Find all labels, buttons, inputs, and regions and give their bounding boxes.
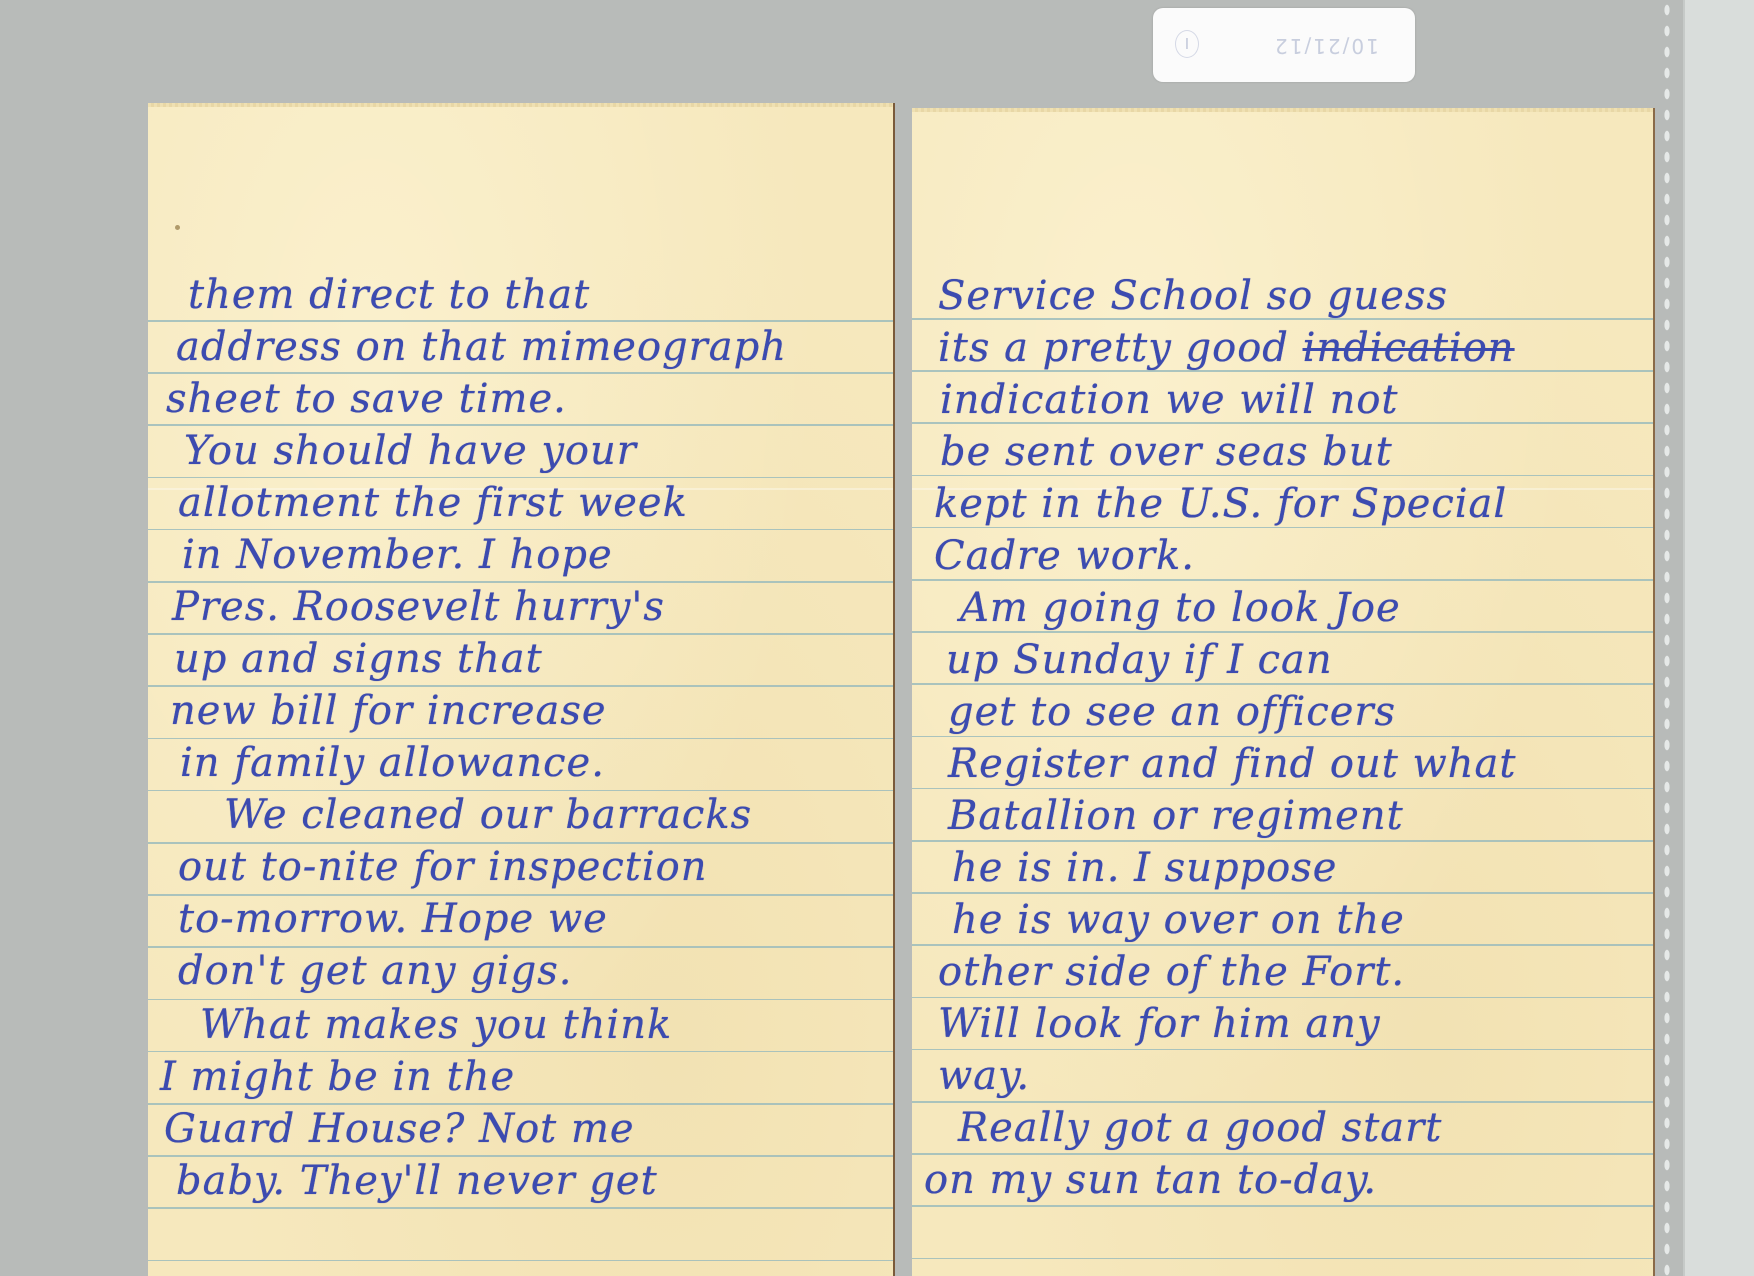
handwriting-line: Batallion or regiment [948,796,1404,836]
handwriting-line: be sent over seas but [940,432,1393,472]
handwriting-line: sheet to save time. [166,379,567,419]
handwriting-line: Guard House? Not me [164,1109,635,1149]
letter-page-left: them direct to that address on that mime… [148,103,895,1276]
handwriting-line: other side of the Fort. [938,952,1405,992]
handwriting-text: its a pretty good [938,325,1303,371]
handwriting-line: them direct to that [188,275,590,315]
handwriting-line: Register and find out what [948,744,1516,784]
handwriting-line: baby. They'll never get [176,1161,658,1201]
handwriting-line: in family allowance. [180,743,605,783]
handwriting-line: he is way over on the [952,900,1405,940]
label-code: 10/21/12 [1273,34,1379,58]
handwriting-line: new bill for increase [170,691,607,731]
handwriting-left: them direct to that address on that mime… [148,103,893,1276]
sleeve-perforations [1660,0,1674,1276]
handwriting-line: its a pretty good indication [938,328,1515,368]
handwriting-line: Am going to look Joe [960,588,1401,628]
handwriting-line: What makes you think [200,1005,672,1045]
handwriting-line: We cleaned our barracks [224,795,752,835]
label-mark: I [1175,30,1199,58]
handwriting-line: don't get any gigs. [178,951,572,991]
handwriting-line: on my sun tan to-day. [924,1160,1377,1200]
handwriting-line: Cadre work. [934,536,1195,576]
handwriting-line: to-morrow. Hope we [178,899,608,939]
handwriting-line: Will look for him any [938,1004,1381,1044]
struck-through-word: indication [1303,325,1515,371]
sleeve-edge [1683,0,1754,1276]
archive-label: I 10/21/12 [1153,8,1415,82]
handwriting-line: he is in. I suppose [952,848,1337,888]
handwriting-line: I might be in the [160,1057,515,1097]
handwriting-line: up and signs that [174,639,543,679]
handwriting-right: Service School so guess its a pretty goo… [912,108,1653,1276]
handwriting-line: indication we will not [940,380,1399,420]
handwriting-line: get to see an officers [948,692,1396,732]
handwriting-line: out to-nite for inspection [178,847,708,887]
handwriting-line: address on that mimeograph [176,327,787,367]
handwriting-line: in November. I hope [182,535,613,575]
handwriting-line: Really got a good start [958,1108,1442,1148]
handwriting-line: Service School so guess [938,276,1448,316]
handwriting-line: Pres. Roosevelt hurry's [172,587,665,627]
letter-page-right: Service School so guess its a pretty goo… [912,108,1655,1276]
handwriting-line: kept in the U.S. for Special [934,484,1507,524]
handwriting-line: way. [938,1056,1030,1096]
handwriting-line: allotment the first week [178,483,688,523]
handwriting-line: You should have your [184,431,637,471]
handwriting-line: up Sunday if I can [946,640,1333,680]
